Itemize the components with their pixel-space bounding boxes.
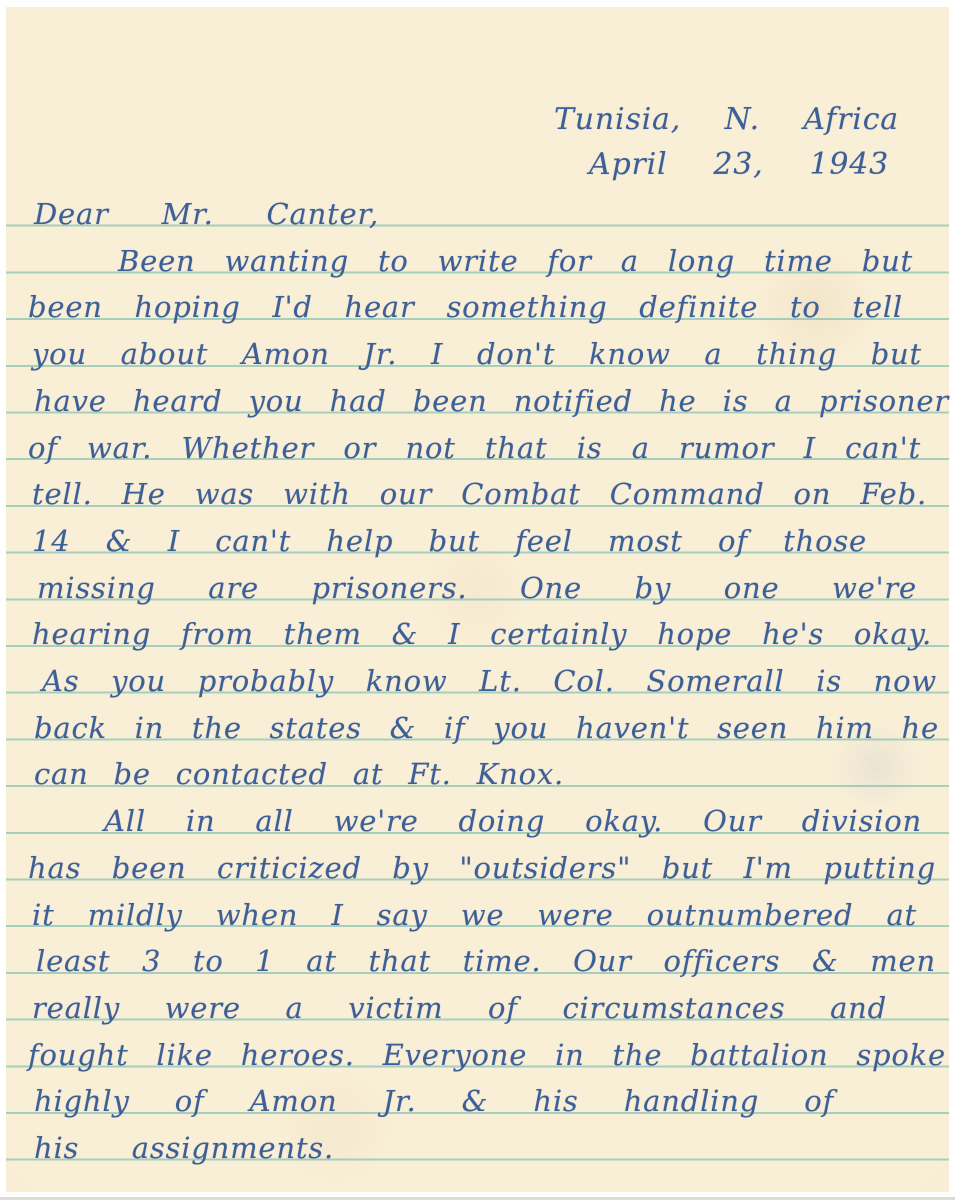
handwritten-line: tell. He was with our Combat Command on …: [32, 473, 927, 515]
handwritten-line: hearing from them & I certainly hope he'…: [32, 613, 932, 655]
handwritten-line: can be contacted at Ft. Knox.: [34, 753, 564, 795]
handwritten-line: have heard you had been notified he is a…: [34, 380, 949, 422]
letter-page: Tunisia, N. Africa April 23, 1943 Dear M…: [6, 7, 949, 1192]
scanned-letter: Tunisia, N. Africa April 23, 1943 Dear M…: [0, 0, 955, 1200]
handwritten-line: Been wanting to write for a long time bu…: [118, 240, 913, 282]
handwritten-line: really were a victim of circumstances an…: [32, 987, 887, 1029]
handwritten-line: least 3 to 1 at that time. Our officers …: [36, 940, 936, 982]
handwritten-line: it mildly when I say we were outnumbered…: [32, 894, 917, 936]
handwritten-line: missing are prisoners. One by one we're: [37, 567, 917, 609]
dateline-date: April 23, 1943: [589, 144, 889, 186]
handwritten-line: 14 & I can't help but feel most of those: [32, 520, 867, 562]
handwritten-line: you about Amon Jr. I don't know a thing …: [32, 333, 922, 375]
handwritten-line: of war. Whether or not that is a rumor I…: [28, 427, 921, 469]
handwritten-line: All in all we're doing okay. Our divisio…: [104, 800, 922, 842]
handwritten-line: been hoping I'd hear something definite …: [28, 286, 903, 328]
salutation: Dear Mr. Canter,: [34, 193, 379, 235]
handwritten-line: As you probably know Lt. Col. Somerall i…: [42, 660, 937, 702]
handwritten-line: has been criticized by "outsiders" but I…: [28, 847, 936, 889]
handwritten-line: back in the states & if you haven't seen…: [34, 707, 939, 749]
dateline-location: Tunisia, N. Africa: [554, 99, 899, 141]
handwritten-line: his assignments.: [34, 1127, 334, 1169]
handwritten-line: highly of Amon Jr. & his handling of: [34, 1080, 834, 1122]
handwritten-line: fought like heroes. Everyone in the batt…: [28, 1034, 946, 1076]
